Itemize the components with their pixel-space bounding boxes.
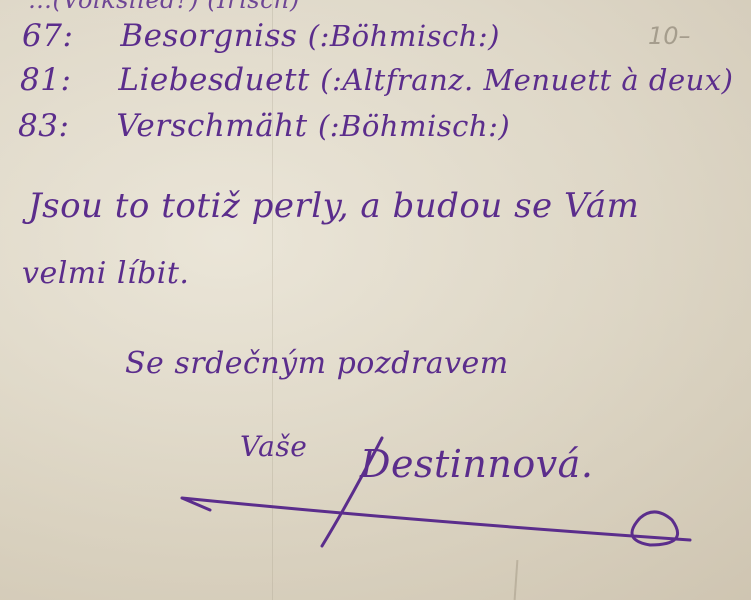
signature-flourish-icon <box>0 0 751 600</box>
letter-page: …(Volkslied?) (Irisch) 10– 67: Besorgnis… <box>0 0 751 600</box>
